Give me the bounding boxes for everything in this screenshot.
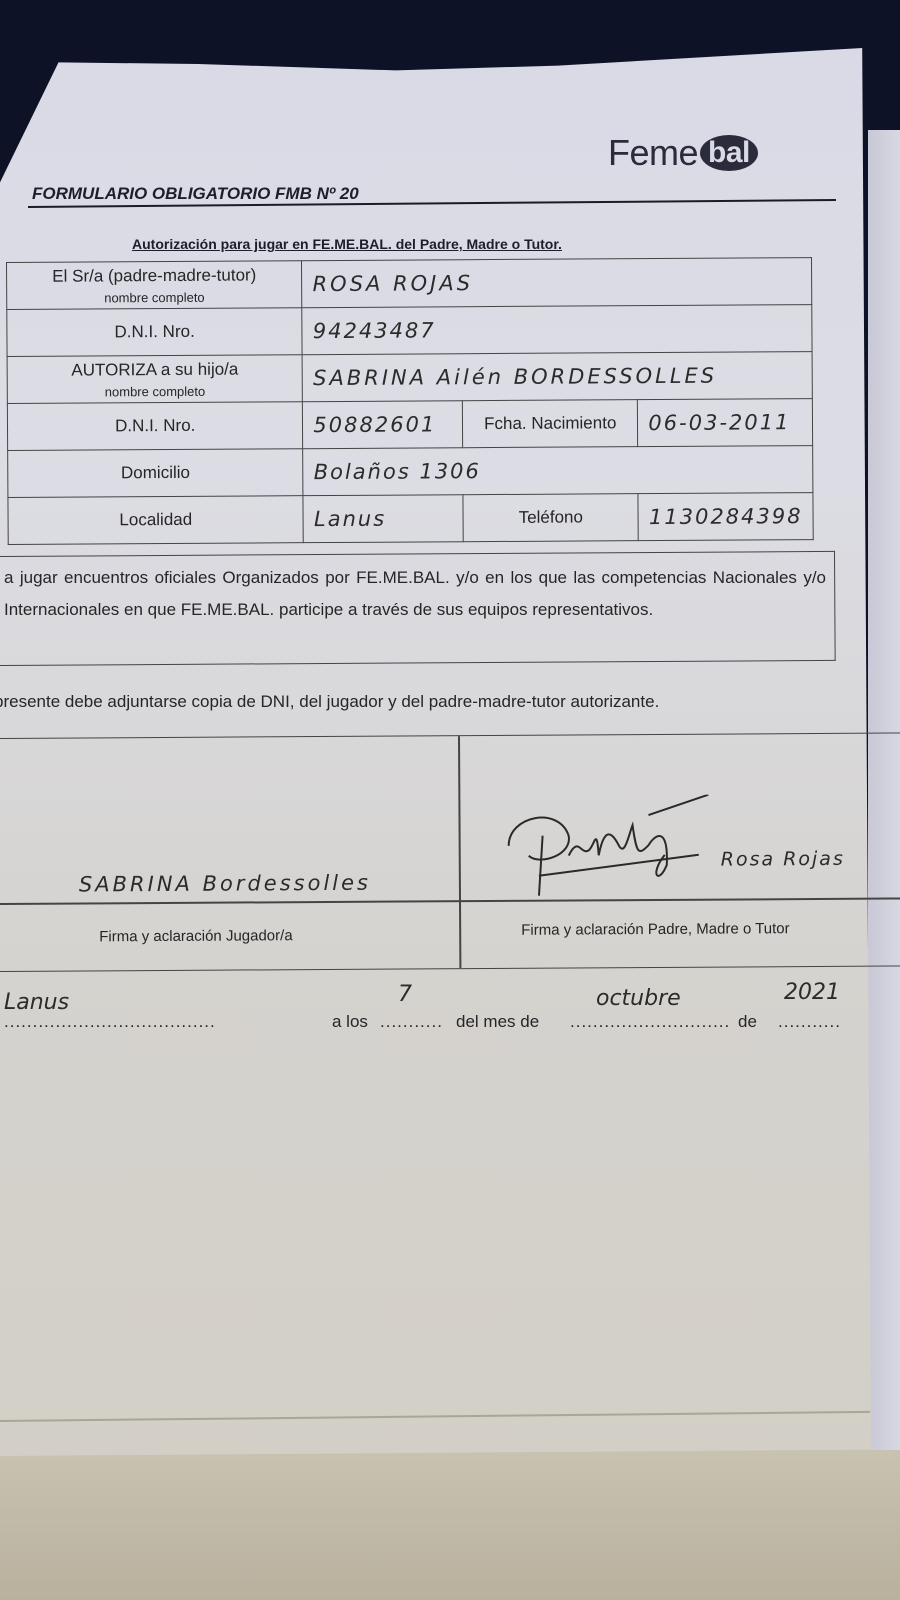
form-title: FORMULARIO OBLIGATORIO FMB Nº 20 bbox=[32, 184, 359, 204]
month-field[interactable]: octubre bbox=[596, 986, 681, 1011]
signature-section: SABRINA Bordessolles Rosa Rojas Firma y … bbox=[0, 732, 900, 972]
table-row: Domicilio Bolaños 1306 bbox=[8, 446, 813, 498]
del-mes-de-text: del mes de bbox=[456, 1012, 539, 1032]
attachment-note: presente debe adjuntarse copia de DNI, d… bbox=[0, 692, 659, 712]
address-field[interactable]: Bolaños 1306 bbox=[303, 446, 813, 496]
child-dni-field[interactable]: 50882601 bbox=[303, 401, 463, 449]
table-row: Localidad Lanus Teléfono 1130284398 bbox=[8, 493, 813, 545]
form-subtitle: Autorización para jugar en FE.ME.BAL. de… bbox=[132, 236, 562, 252]
guardian-signature-label: Firma y aclaración Padre, Madre o Tutor bbox=[521, 920, 790, 939]
guardian-dni-label: D.N.I. Nro. bbox=[7, 308, 303, 357]
phone-field[interactable]: 1130284398 bbox=[638, 493, 813, 541]
guardian-name-handwritten[interactable]: Rosa Rojas bbox=[721, 848, 845, 871]
year-dots: ........... bbox=[778, 1012, 841, 1032]
place-dots: ..................................... bbox=[4, 1012, 216, 1032]
phone-label: Teléfono bbox=[463, 494, 639, 542]
table-row: D.N.I. Nro. 94243487 bbox=[7, 305, 812, 357]
child-name-label: AUTORIZA a su hijo/a nombre completo bbox=[7, 355, 303, 404]
day-dots: ........... bbox=[380, 1012, 443, 1032]
signature-divider bbox=[458, 736, 461, 968]
guardian-dni-field[interactable]: 94243487 bbox=[302, 305, 812, 355]
authorization-paragraph: a jugar encuentros oficiales Organizados… bbox=[4, 562, 826, 626]
logo-ball-icon: bal bbox=[700, 135, 758, 171]
table-row: El Sr/a (padre-madre-tutor) nombre compl… bbox=[7, 258, 812, 310]
table-row: AUTORIZA a su hijo/a nombre completo SAB… bbox=[7, 352, 812, 404]
player-signature-label: Firma y aclaración Jugador/a bbox=[99, 927, 293, 945]
child-name-field[interactable]: SABRINA Ailén BORDESSOLLES bbox=[302, 352, 812, 402]
background-surface bbox=[0, 1440, 900, 1600]
month-dots: ............................ bbox=[570, 1012, 730, 1032]
a-los-text: a los bbox=[332, 1012, 368, 1032]
day-field[interactable]: 7 bbox=[398, 982, 412, 1007]
signature-baseline bbox=[0, 897, 900, 904]
birth-date-field[interactable]: 06-03-2011 bbox=[638, 399, 813, 447]
table-row: D.N.I. Nro. 50882601 Fcha. Nacimiento 06… bbox=[7, 399, 812, 451]
year-field[interactable]: 2021 bbox=[784, 980, 840, 1005]
de-text: de bbox=[738, 1012, 757, 1032]
authorization-table: El Sr/a (padre-madre-tutor) nombre compl… bbox=[6, 257, 814, 545]
address-label: Domicilio bbox=[8, 449, 304, 498]
player-signature-field[interactable]: SABRINA Bordessolles bbox=[79, 871, 371, 897]
logo-text: Feme bbox=[608, 132, 698, 174]
guardian-name-field[interactable]: ROSA ROJAS bbox=[302, 258, 812, 308]
guardian-name-label: El Sr/a (padre-madre-tutor) nombre compl… bbox=[7, 261, 303, 310]
femebal-logo: Femebal bbox=[608, 132, 758, 174]
child-dni-label: D.N.I. Nro. bbox=[7, 402, 303, 451]
guardian-signature-icon bbox=[498, 795, 729, 906]
birth-date-label: Fcha. Nacimiento bbox=[462, 400, 638, 448]
city-label: Localidad bbox=[8, 496, 304, 545]
city-field[interactable]: Lanus bbox=[303, 495, 463, 543]
